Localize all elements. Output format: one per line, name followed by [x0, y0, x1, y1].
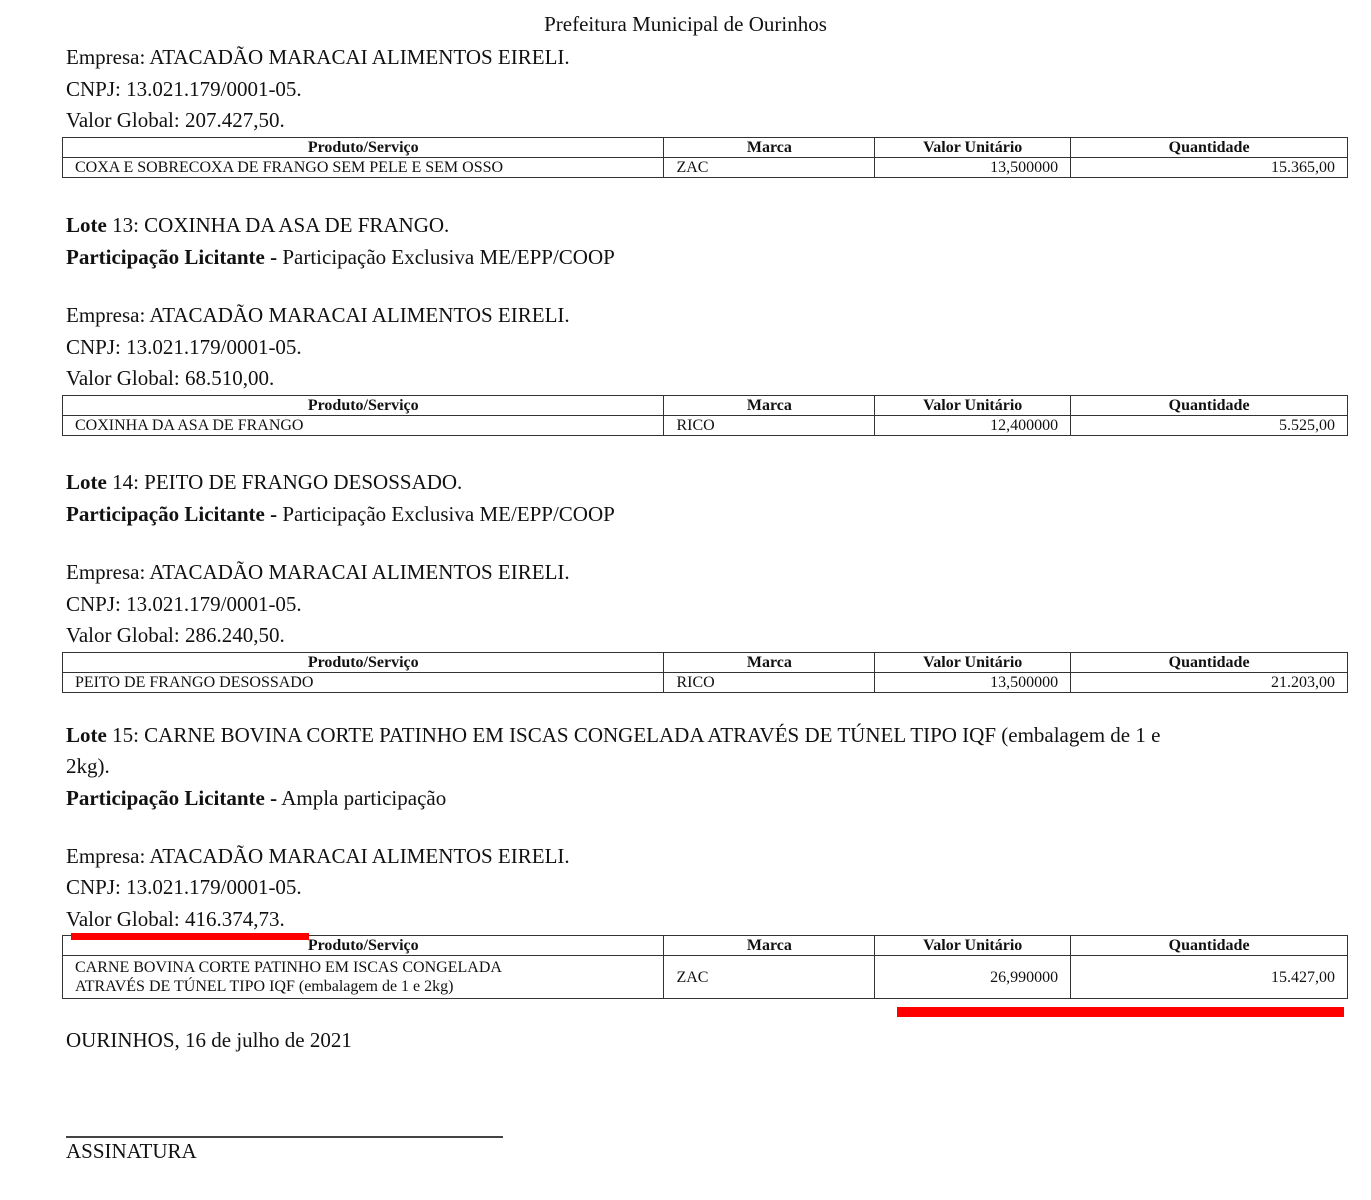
cell-produto-line-2: ATRAVÉS DE TÚNEL TIPO IQF (embalagem de …: [75, 977, 651, 996]
cnpj-line: CNPJ: 13.021.179/0001-05.: [66, 335, 302, 360]
cell-marca: RICO: [664, 673, 875, 693]
table-row: COXINHA DA ASA DE FRANGO RICO 12,400000 …: [63, 416, 1348, 436]
participacao-line: Participação Licitante - Participação Ex…: [66, 502, 615, 527]
page-header-title: Prefeitura Municipal de Ourinhos: [0, 12, 1371, 37]
valor-global-line: Valor Global: 416.374,73.: [66, 907, 285, 932]
cnpj-line: CNPJ: 13.021.179/0001-05.: [66, 592, 302, 617]
cell-valor-unitario: 26,990000: [875, 956, 1071, 999]
col-header-marca: Marca: [664, 138, 875, 158]
col-header-produto: Produto/Serviço: [63, 396, 664, 416]
cell-valor-unitario: 13,500000: [875, 158, 1071, 178]
cell-valor-unitario: 12,400000: [875, 416, 1071, 436]
col-header-produto: Produto/Serviço: [63, 138, 664, 158]
empresa-line: Empresa: ATACADÃO MARACAI ALIMENTOS EIRE…: [66, 844, 570, 869]
table-header-row: Produto/Serviço Marca Valor Unitário Qua…: [63, 653, 1348, 673]
cell-quantidade: 5.525,00: [1071, 416, 1348, 436]
table-row: CARNE BOVINA CORTE PATINHO EM ISCAS CONG…: [63, 956, 1348, 999]
valor-global-line: Valor Global: 286.240,50.: [66, 623, 285, 648]
col-header-valor-unitario: Valor Unitário: [875, 396, 1071, 416]
cell-produto: COXA E SOBRECOXA DE FRANGO SEM PELE E SE…: [63, 158, 664, 178]
cell-quantidade: 15.365,00: [1071, 158, 1348, 178]
participacao-text: Participação Exclusiva ME/EPP/COOP: [277, 245, 615, 269]
lote-heading: Lote 14: PEITO DE FRANGO DESOSSADO.: [66, 470, 462, 495]
table-header-row: Produto/Serviço Marca Valor Unitário Qua…: [63, 396, 1348, 416]
lote-heading-continuation: 2kg).: [66, 754, 110, 779]
table-header-row: Produto/Serviço Marca Valor Unitário Qua…: [63, 138, 1348, 158]
col-header-quantidade: Quantidade: [1071, 653, 1348, 673]
lote-text: 14: PEITO DE FRANGO DESOSSADO.: [107, 470, 462, 494]
participacao-text: Participação Exclusiva ME/EPP/COOP: [277, 502, 615, 526]
participacao-line: Participação Licitante - Ampla participa…: [66, 786, 446, 811]
signature-label: ASSINATURA: [66, 1139, 197, 1164]
table-row: COXA E SOBRECOXA DE FRANGO SEM PELE E SE…: [63, 158, 1348, 178]
participacao-line: Participação Licitante - Participação Ex…: [66, 245, 615, 270]
participacao-label: Participação Licitante -: [66, 786, 277, 810]
cell-produto-line-1: CARNE BOVINA CORTE PATINHO EM ISCAS CONG…: [75, 958, 651, 977]
footer-date: OURINHOS, 16 de julho de 2021: [66, 1028, 352, 1053]
col-header-valor-unitario: Valor Unitário: [875, 653, 1071, 673]
col-header-valor-unitario: Valor Unitário: [875, 936, 1071, 956]
empresa-line: Empresa: ATACADÃO MARACAI ALIMENTOS EIRE…: [66, 45, 570, 70]
cell-marca: RICO: [664, 416, 875, 436]
col-header-quantidade: Quantidade: [1071, 396, 1348, 416]
cnpj-line: CNPJ: 13.021.179/0001-05.: [66, 875, 302, 900]
items-table: Produto/Serviço Marca Valor Unitário Qua…: [62, 395, 1348, 436]
col-header-marca: Marca: [664, 936, 875, 956]
table-row: PEITO DE FRANGO DESOSSADO RICO 13,500000…: [63, 673, 1348, 693]
col-header-quantidade: Quantidade: [1071, 936, 1348, 956]
participacao-text: Ampla participação: [277, 786, 446, 810]
participacao-label: Participação Licitante -: [66, 502, 277, 526]
cell-valor-unitario: 13,500000: [875, 673, 1071, 693]
valor-global-line: Valor Global: 207.427,50.: [66, 108, 285, 133]
lote-heading: Lote 13: COXINHA DA ASA DE FRANGO.: [66, 213, 449, 238]
cell-produto: CARNE BOVINA CORTE PATINHO EM ISCAS CONG…: [63, 956, 664, 999]
lote-text: 15: CARNE BOVINA CORTE PATINHO EM ISCAS …: [107, 723, 1161, 747]
items-table: Produto/Serviço Marca Valor Unitário Qua…: [62, 652, 1348, 693]
lote-label: Lote: [66, 470, 107, 494]
col-header-marca: Marca: [664, 653, 875, 673]
red-highlight-underline-valor-global: [71, 933, 309, 940]
cell-quantidade: 15.427,00: [1071, 956, 1348, 999]
participacao-label: Participação Licitante -: [66, 245, 277, 269]
cnpj-line: CNPJ: 13.021.179/0001-05.: [66, 77, 302, 102]
col-header-produto: Produto/Serviço: [63, 653, 664, 673]
lote-label: Lote: [66, 723, 107, 747]
lote-text: 13: COXINHA DA ASA DE FRANGO.: [107, 213, 449, 237]
items-table: Produto/Serviço Marca Valor Unitário Qua…: [62, 935, 1348, 999]
cell-marca: ZAC: [664, 158, 875, 178]
items-table: Produto/Serviço Marca Valor Unitário Qua…: [62, 137, 1348, 178]
lote-heading: Lote 15: CARNE BOVINA CORTE PATINHO EM I…: [66, 723, 1160, 748]
col-header-quantidade: Quantidade: [1071, 138, 1348, 158]
col-header-marca: Marca: [664, 396, 875, 416]
empresa-line: Empresa: ATACADÃO MARACAI ALIMENTOS EIRE…: [66, 560, 570, 585]
lote-label: Lote: [66, 213, 107, 237]
cell-produto: COXINHA DA ASA DE FRANGO: [63, 416, 664, 436]
cell-marca: ZAC: [664, 956, 875, 999]
valor-global-line: Valor Global: 68.510,00.: [66, 366, 274, 391]
red-highlight-underline-values: [897, 1007, 1344, 1017]
cell-quantidade: 21.203,00: [1071, 673, 1348, 693]
signature-line: [66, 1136, 503, 1138]
col-header-valor-unitario: Valor Unitário: [875, 138, 1071, 158]
cell-produto: PEITO DE FRANGO DESOSSADO: [63, 673, 664, 693]
empresa-line: Empresa: ATACADÃO MARACAI ALIMENTOS EIRE…: [66, 303, 570, 328]
